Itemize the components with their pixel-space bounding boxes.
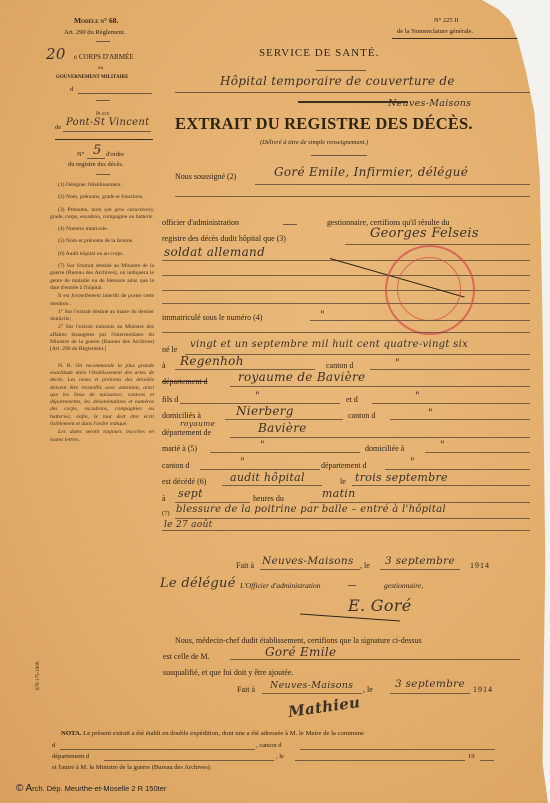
cause-label: (7)	[162, 510, 170, 517]
nota-canton-label: , canton d	[256, 742, 281, 749]
article-reference: Art. 290 du Règlement.	[64, 29, 125, 36]
nota-line-1: NOTA. Le présent extrait a été établi en…	[61, 730, 364, 737]
departement2-label: département de	[162, 428, 211, 437]
note-interdit: Il est formellement interdit de porter c…	[50, 293, 154, 308]
divider	[96, 100, 110, 101]
gouvernement-d: d	[70, 86, 73, 93]
field-line	[162, 303, 530, 304]
field-line	[310, 320, 530, 321]
birth-place-value: Regenhoh	[180, 354, 244, 368]
note-3-text: (3) Prénoms, nom (	[58, 207, 106, 213]
divider	[316, 70, 366, 71]
nota-le-label: , le	[276, 753, 284, 760]
field-line	[200, 469, 320, 470]
copyright-symbol: ©	[16, 783, 23, 794]
place-prefix: de	[55, 124, 61, 131]
canton2-value: "	[428, 408, 433, 419]
field-line	[60, 749, 255, 750]
matricule-label: immatriculé sous le numéro (4)	[162, 313, 262, 322]
ordre-field	[87, 158, 105, 159]
corps-label: e CORPS D'ARMÉE	[74, 53, 134, 61]
medecin-line-1: Nous, médecin-chef dudit établissement, …	[175, 636, 422, 645]
field-line	[372, 403, 530, 404]
nota-d-label: d	[52, 742, 55, 749]
canton-value: "	[395, 358, 400, 369]
field-line	[300, 749, 495, 750]
soussigne-value: Goré Emile, Infirmier, délégué	[274, 165, 468, 179]
fait-year: 1914	[470, 561, 490, 570]
deceased-grade: soldat allemand	[164, 245, 265, 259]
hospital-location: Neuves-Maisons	[388, 98, 471, 109]
subtitle: (Délivré à titre de simple renseignement…	[260, 139, 368, 146]
soussigne-label: Nous soussigné (2)	[175, 172, 236, 181]
cause-line-2: le 27 août	[164, 520, 213, 530]
fils-label: fils d	[162, 395, 178, 404]
field-line	[230, 386, 530, 387]
nb-text: On recommande la plus grande exactitude …	[50, 363, 154, 427]
canton2-label: canton d	[348, 411, 375, 420]
field-line	[225, 419, 343, 420]
field-line	[175, 518, 530, 519]
field-line	[352, 485, 530, 486]
field-line	[175, 196, 530, 197]
divider	[311, 155, 367, 156]
medecin-line-3: susqualifié, et que foi doit y être ajou…	[163, 668, 293, 677]
ne-le-value: vingt et un septembre mil huit cent quat…	[190, 339, 468, 350]
ordre-prefix: N°	[77, 151, 84, 158]
modele-number: Modèle n° 68.	[74, 16, 118, 25]
le-value: trois septembre	[355, 471, 448, 484]
death-register-document: Modèle n° 68. Art. 290 du Règlement. 20 …	[0, 0, 548, 803]
field-line	[255, 184, 530, 185]
domiciliee-value: "	[440, 440, 445, 451]
field-line	[104, 760, 274, 761]
instructions-column: (1) Désigner l'établissement. (2) Nom, p…	[50, 182, 154, 449]
fils-value: "	[255, 391, 260, 402]
field-line	[210, 452, 360, 453]
birth-place-label: à	[162, 361, 166, 370]
nota-line-4: et l'autre à M. le Ministre de la guerre…	[52, 764, 211, 771]
le-label: le	[340, 477, 346, 486]
gouvernement-field	[78, 93, 152, 94]
field-line	[480, 760, 494, 761]
field-line	[260, 569, 360, 570]
field-line	[425, 452, 530, 453]
gestionnaire-label: gestionnaire,	[384, 581, 423, 590]
canton-label: canton d	[326, 361, 353, 370]
nomenclature-rule	[392, 38, 518, 39]
note-interdit-1: 1° Sur l'extrait destiné au maire du der…	[50, 309, 154, 324]
divider	[96, 41, 110, 42]
officier-admin-label: L'Officier d'administration	[240, 581, 321, 590]
copyright-source: rch. Dép. Meurthe-et-Moselle 2 R 150ter	[32, 784, 166, 793]
celle-value: Goré Emile	[265, 645, 336, 659]
fait-le: , le	[360, 561, 370, 570]
place-value: Pont-St Vincent	[66, 117, 149, 128]
field-line	[310, 502, 530, 503]
field-line	[162, 530, 530, 531]
field-line	[390, 419, 530, 420]
hospital-name: Hôpital temporaire de couverture de	[220, 74, 455, 88]
field-line	[175, 502, 250, 503]
departement-label: département d	[162, 377, 208, 386]
field-line	[230, 437, 530, 438]
decede-label: est décédé (6)	[162, 477, 206, 486]
ou-label: ou	[98, 66, 103, 71]
heure-value: sept	[178, 487, 203, 500]
officier-dash	[283, 224, 297, 225]
field-line	[162, 332, 530, 333]
departement2-correction: royaume	[180, 419, 215, 428]
delegue-handwritten: Le délégué	[160, 576, 236, 591]
note-6: (6) Audit hôpital ou au corps.	[50, 251, 154, 258]
field-line	[385, 469, 530, 470]
note-1: (1) Désigner l'établissement.	[50, 182, 154, 189]
field-line	[162, 260, 530, 261]
et-d-label: et d	[346, 395, 358, 404]
medecin-fait-le: , le	[363, 685, 373, 694]
nota-departement-label: département d	[52, 753, 89, 760]
nota-label: NOTA.	[61, 730, 82, 737]
departement3-label: département d	[321, 461, 367, 470]
decede-value: audit hôpital	[230, 471, 305, 484]
fait-place: Neuves-Maisons	[262, 555, 354, 567]
et-d-value: "	[415, 391, 420, 402]
registre-label: du registre des décès.	[68, 161, 124, 168]
field-line	[295, 760, 465, 761]
note-5: (5) Nom et prénoms de la femme.	[50, 238, 154, 245]
service-title: SERVICE DE SANTÉ.	[259, 47, 379, 59]
moment-value: matin	[322, 487, 356, 500]
domiciliee-label: domiciliée à	[365, 444, 404, 453]
main-title: EXTRAIT DU REGISTRE DES DÉCÈS.	[175, 114, 473, 134]
copyright-watermark: © Arch. Dép. Meurthe-et-Moselle 2 R 150t…	[0, 773, 548, 803]
field-line	[380, 569, 460, 570]
decorative-rule	[55, 139, 153, 140]
interdit-emphasis: formellement	[71, 293, 101, 299]
gore-signature: E. Goré	[348, 596, 411, 615]
place-field	[63, 131, 151, 132]
fait-label: Fait à	[236, 561, 254, 570]
copyright-text: © Arch. Dép. Meurthe-et-Moselle 2 R 150t…	[16, 783, 166, 794]
red-stamp	[385, 245, 475, 335]
ordre-suffix: d'ordre	[106, 151, 124, 158]
interdit-text: Il est	[58, 293, 71, 299]
dates-text: Les dates seront toujours inscrites en t…	[50, 429, 154, 442]
departement-value: royaume de Bavière	[238, 370, 365, 384]
heures-label: heures du	[253, 494, 284, 503]
nb-label: N. B.	[58, 363, 72, 369]
field-line	[222, 485, 322, 486]
corps-number: 20	[46, 45, 66, 63]
officier-admin-dash	[348, 585, 356, 586]
nota-text: Le présent extrait a été établi en doubl…	[83, 730, 364, 737]
note-7: (7) Sur l'extrait destiné au Ministre de…	[50, 263, 154, 292]
canton3-label: canton d	[162, 461, 189, 470]
departement3-value: "	[410, 457, 415, 468]
gouvernement-label: GOUVERNEMENT MILITAIRE	[56, 75, 128, 80]
note-nb: N. B. On recommande la plus grande exact…	[50, 363, 154, 429]
registre-text: registre des décès dudit hôpital que (3)	[162, 234, 286, 243]
deceased-name: Georges Felseis	[370, 226, 479, 241]
field-line	[162, 275, 530, 276]
note-dates: Les dates seront toujours inscrites en t…	[50, 429, 154, 444]
nota-year-label: 19	[468, 753, 475, 760]
note-interdit-2: 2° Sur l'extrait transmis au Ministre de…	[50, 324, 154, 353]
medecin-fait-label: Fait à	[237, 685, 255, 694]
departement2-value: Bavière	[258, 421, 307, 435]
heure-a-label: à	[162, 494, 166, 503]
field-line	[230, 659, 520, 660]
note-3: (3) Prénoms, nom (en gros caractères), g…	[50, 207, 154, 222]
medecin-fait-date: 3 septembre	[395, 678, 465, 690]
mathieu-signature: Mathieu	[287, 693, 361, 721]
celle-label: est celle de M.	[163, 652, 210, 661]
hospital-field	[175, 92, 530, 93]
printer-mark: 670-175-1909.	[36, 660, 41, 690]
fait-date: 3 septembre	[385, 555, 455, 567]
nomenclature-label: de la Nomenclature générale.	[397, 28, 473, 35]
note-2: (2) Nom, prénoms, grade et fonctions.	[50, 194, 154, 201]
ordre-value: 5	[93, 143, 102, 158]
marie-label: marié à (5)	[162, 444, 197, 453]
nomenclature-number: N° 225 II	[434, 17, 459, 24]
officier-text: officier d'administration	[162, 218, 239, 227]
ne-le-label: né le	[162, 345, 177, 354]
note-4: (4) Numéro matricule.	[50, 226, 154, 233]
medecin-fait-year: 1914	[473, 685, 493, 694]
marie-value: "	[260, 440, 265, 451]
note-3-emphasis: en gros caractères	[106, 207, 150, 213]
field-line	[390, 693, 470, 694]
canton3-value: "	[240, 457, 245, 468]
divider	[96, 174, 110, 175]
domicilies-value: Nierberg	[236, 404, 294, 418]
field-line	[370, 369, 530, 370]
cause-line-1: blessure de la poitrine par balle – entr…	[176, 504, 446, 515]
medecin-fait-place: Neuves-Maisons	[270, 680, 353, 691]
